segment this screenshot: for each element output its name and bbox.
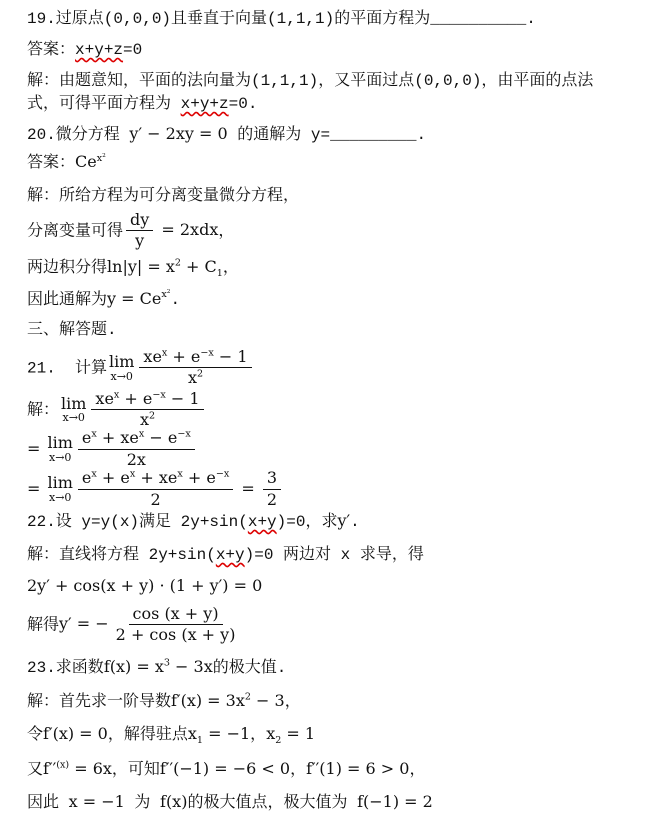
fraction: 32 xyxy=(263,469,281,509)
q20-solution-line-1: 解：所给方程为可分离变量微分方程， xyxy=(27,186,649,206)
superscript: −x xyxy=(200,347,213,358)
fraction-denominator: 2 xyxy=(263,490,281,509)
fraction-denominator: 2 + cos (x + y) xyxy=(112,625,240,644)
fraction-denominator: 2 xyxy=(146,490,164,509)
section-heading: 三、解答题. xyxy=(27,320,649,340)
fraction-numerator: cos (x + y) xyxy=(129,605,223,625)
superscript: x2 xyxy=(161,289,170,300)
q23-question: 23.求函数f(x) = x3 − 3x的极大值. xyxy=(27,657,649,678)
math-text: ln|y| = x2 + C1 xyxy=(107,257,223,276)
math-text: f(x) = x3 − 3x xyxy=(104,657,213,676)
q22-question: 22.设 y=y(x)满足 2y+sin(x+y)=0，求y′. xyxy=(27,511,649,532)
math-text: f′′(1) = 6 > 0 xyxy=(306,759,409,778)
q23-solution-line-4: 因此 x = −1 为 f(x)的极大值点，极大值为 f(−1) = 2 xyxy=(27,792,649,813)
q19-question: 19.过原点(0,0,0)且垂直于向量(1,1,1)的平面方程为________… xyxy=(27,9,649,29)
superscript: 2 xyxy=(167,289,171,295)
fraction-denominator: y xyxy=(131,231,148,250)
math-text: x2 = 1 xyxy=(266,724,315,743)
fraction: xex + e−x − 1x2 xyxy=(139,348,251,388)
limit-operator: limx→0 xyxy=(48,435,73,463)
math-text: y′ = −cos (x + y)2 + cos (x + y) xyxy=(59,614,242,633)
q22-solution-line-3: 解得y′ = −cos (x + y)2 + cos (x + y) xyxy=(27,605,649,645)
math-text: x1 = −1 xyxy=(188,724,250,743)
limit-word: lim xyxy=(61,396,86,413)
math-text: f′′(−1) = −6 < 0 xyxy=(160,759,290,778)
spellcheck-squiggle: x+y xyxy=(248,513,277,531)
math-text: y′ xyxy=(337,511,350,530)
q20-solution-line-2: 分离变量可得dyy = 2xdx， xyxy=(27,211,649,251)
document-page: 19.过原点(0,0,0)且垂直于向量(1,1,1)的平面方程为________… xyxy=(0,0,657,813)
q21-solution-line-3: = limx→0ex + ex + xex + e−x2 = 32 xyxy=(27,469,649,509)
math-text: x = −1 xyxy=(69,792,125,811)
superscript: x2 xyxy=(97,153,106,164)
limit-operator: limx→0 xyxy=(48,475,73,503)
math-text: Cex2 xyxy=(75,152,106,171)
limit-word: lim xyxy=(48,435,73,452)
fraction-denominator: 2x xyxy=(123,450,150,469)
q21-solution-line-1: 解：limx→0xex + e−x − 1x2 xyxy=(27,390,649,430)
superscript: x xyxy=(162,347,167,358)
math-text: limx→0xex + e−x − 1x2 xyxy=(59,399,207,418)
limit-subscript: x→0 xyxy=(49,492,71,503)
superscript: 2 xyxy=(102,152,106,158)
fraction-denominator: x2 xyxy=(136,410,159,429)
superscript: 2 xyxy=(197,369,203,380)
q23-solution-line-3: 又f′′(x) = 6x，可知f′′(−1) = −6 < 0，f′′(1) =… xyxy=(27,759,649,780)
limit-subscript: x→0 xyxy=(49,452,71,463)
math-text: y = Cex2 xyxy=(107,289,170,308)
q21-question: 21. 计算limx→0xex + e−x − 1x2 xyxy=(27,348,649,388)
fraction: cos (x + y)2 + cos (x + y) xyxy=(112,605,240,645)
fraction-denominator: x2 xyxy=(184,368,207,387)
math-text: f′′(x) = 6x xyxy=(43,759,112,778)
fraction: ex + ex + xex + e−x2 xyxy=(78,469,233,509)
limit-subscript: x→0 xyxy=(111,371,133,382)
q22-solution-line-1: 解：直线将方程 2y+sin(x+y)=0 两边对 x 求导，得 xyxy=(27,545,649,565)
q19-solution-line-2: 式，可得平面方程为 x+y+z=0. xyxy=(27,94,649,114)
superscript: x xyxy=(139,429,144,440)
q21-solution-line-2: = limx→0ex + xex − e−x2x xyxy=(27,429,649,469)
superscript: 2 xyxy=(245,691,251,702)
math-text: f′(x) = 3x2 − 3 xyxy=(171,691,285,710)
fraction-numerator: xex + e−x − 1 xyxy=(91,390,203,410)
q20-answer: 答案：Cex2 xyxy=(27,152,649,173)
math-text: = limx→0ex + xex − e−x2x xyxy=(27,439,198,458)
math-text: dyy = 2xdx xyxy=(123,220,218,239)
math-text: f′(x) = 0 xyxy=(43,724,108,743)
math-text: f(−1) = 2 xyxy=(357,792,433,811)
fraction-numerator: xex + e−x − 1 xyxy=(139,348,251,368)
math-text: limx→0xex + e−x − 1x2 xyxy=(107,357,255,376)
fraction-numerator: 3 xyxy=(263,469,281,489)
math-text: f(x) xyxy=(160,792,187,811)
superscript: −x xyxy=(152,389,165,400)
superscript: x xyxy=(91,469,96,480)
superscript: x xyxy=(130,469,135,480)
spellcheck-squiggle: x+y xyxy=(216,546,245,564)
superscript: (x) xyxy=(56,759,69,770)
limit-operator: limx→0 xyxy=(109,354,134,382)
superscript: 2 xyxy=(149,411,155,422)
subscript: 1 xyxy=(217,268,223,279)
q19-solution-line-1: 解：由题意知，平面的法向量为(1,1,1)，又平面过点(0,0,0)，由平面的点… xyxy=(27,71,649,91)
fraction: dyy xyxy=(126,211,153,251)
superscript: 3 xyxy=(164,657,170,668)
limit-subscript: x→0 xyxy=(63,412,85,423)
q20-solution-line-4: 因此通解为y = Cex2. xyxy=(27,289,649,310)
limit-operator: limx→0 xyxy=(61,396,86,424)
superscript: −x xyxy=(216,469,229,480)
subscript: 2 xyxy=(275,735,281,746)
subscript: 1 xyxy=(197,735,203,746)
q19-answer: 答案：x+y+z=0 xyxy=(27,40,649,60)
q20-solution-line-3: 两边积分得ln|y| = x2 + C1， xyxy=(27,257,649,278)
q23-solution-line-1: 解：首先求一阶导数f′(x) = 3x2 − 3， xyxy=(27,691,649,712)
limit-word: lim xyxy=(48,475,73,492)
fraction-numerator: ex + xex − e−x xyxy=(78,429,195,449)
superscript: x xyxy=(91,429,96,440)
fraction: xex + e−x − 1x2 xyxy=(91,390,203,430)
fraction-numerator: ex + ex + xex + e−x xyxy=(78,469,233,489)
fraction: ex + xex − e−x2x xyxy=(78,429,195,469)
superscript: x xyxy=(177,469,182,480)
limit-word: lim xyxy=(109,354,134,371)
q22-solution-line-2: 2y′ + cos(x + y) · (1 + y′) = 0 xyxy=(27,576,649,597)
q23-solution-line-2: 令f′(x) = 0，解得驻点x1 = −1，x2 = 1 xyxy=(27,724,649,745)
math-text: 2y′ + cos(x + y) · (1 + y′) = 0 xyxy=(27,576,262,595)
spellcheck-squiggle: x+y+z xyxy=(75,41,123,59)
math-text: y′ − 2xy = 0 xyxy=(129,124,227,143)
spellcheck-squiggle: x+y+z xyxy=(181,95,229,113)
fraction-numerator: dy xyxy=(126,211,153,231)
superscript: x xyxy=(114,389,119,400)
q20-question: 20.微分方程 y′ − 2xy = 0 的通解为 y=_________. xyxy=(27,124,649,145)
superscript: −x xyxy=(177,429,190,440)
math-text: = limx→0ex + ex + xex + e−x2 = 32 xyxy=(27,479,284,498)
superscript: 2 xyxy=(175,257,181,268)
